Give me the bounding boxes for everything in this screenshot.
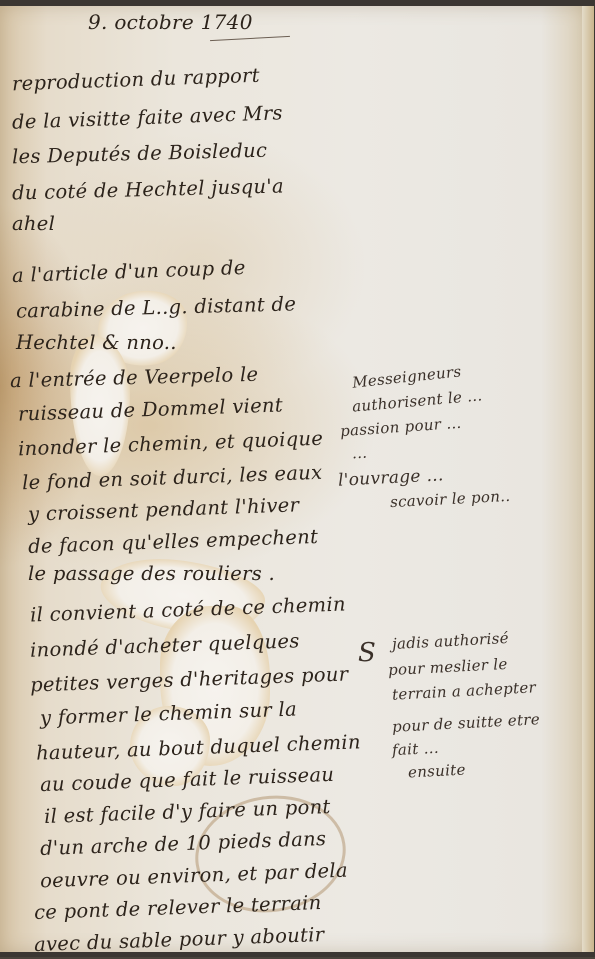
text-line: Hechtel & nno..	[16, 331, 177, 354]
margin-note-line: l'ouvrage ...	[338, 465, 445, 491]
margin-note-line: ...	[352, 444, 368, 463]
text-line: y croissent pendant l'hiver	[28, 493, 300, 525]
text-line: a l'article d'un coup de	[12, 256, 246, 287]
margin-bracket-mark: S	[358, 638, 376, 668]
date-heading: 9. octobre 1740	[88, 10, 253, 34]
text-line: les Deputés de Boisleduc	[12, 139, 268, 169]
manuscript-page: 9. octobre 1740 reproduction du rapport …	[0, 6, 588, 952]
text-line: le passage des rouliers .	[28, 562, 275, 585]
text-line: ce pont de relever le terrain	[34, 891, 322, 924]
margin-note-line: ensuite	[408, 761, 467, 782]
text-line: a l'entrée de Veerpelo le	[10, 363, 259, 392]
text-line: de la visitte faite avec Mrs	[12, 101, 283, 133]
text-line: du coté de Hechtel jusqu'a	[12, 174, 284, 204]
margin-note-line: pour de suitte etre	[392, 710, 541, 736]
text-line: carabine de L..g. distant de	[16, 292, 297, 322]
margin-note-line: terrain a achepter	[392, 678, 537, 704]
heading-underline	[210, 36, 290, 41]
margin-note-line: fait ...	[392, 739, 440, 759]
margin-note-line: Messeigneurs	[351, 362, 462, 391]
text-line: reproduction du rapport	[12, 64, 261, 96]
text-line: le fond en soit durci, les eaux	[22, 461, 323, 494]
text-line: ruisseau de Dommel vient	[18, 393, 284, 425]
page-edge	[582, 6, 594, 952]
text-line: au coude que fait le ruisseau	[40, 763, 335, 796]
margin-note-line: authorisent le ...	[351, 386, 483, 415]
margin-note-line: pour meslier le	[388, 655, 508, 679]
text-line: inonder le chemin, et quoique	[18, 427, 324, 461]
margin-note-line: passion pour ...	[340, 414, 463, 440]
margin-note-line: jadis authorisé	[392, 629, 510, 653]
text-line: avec du sable pour y aboutir	[34, 923, 325, 956]
text-line: ahel	[12, 212, 55, 235]
text-line: de facon qu'elles empechent	[28, 525, 319, 558]
margin-note-line: scavoir le pon..	[390, 487, 511, 511]
